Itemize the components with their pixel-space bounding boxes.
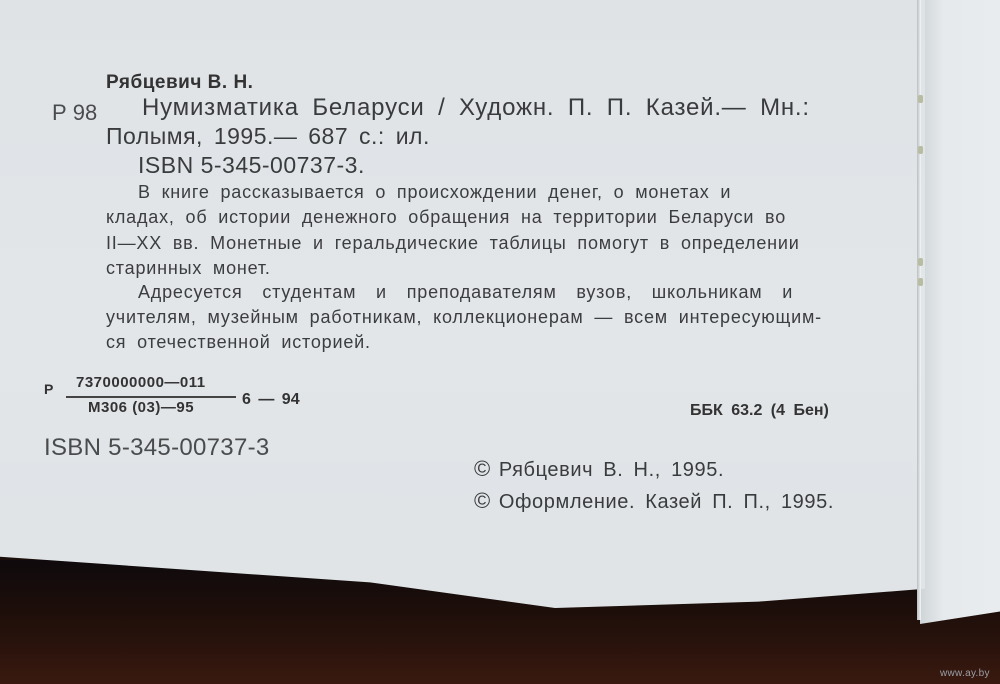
annotation-line: учителям, музейным работникам, коллекцио… <box>106 307 822 328</box>
catalog-isbn: ISBN 5-345-00737-3. <box>138 152 365 179</box>
bbk-code: ББК 63.2 (4 Бен) <box>690 402 829 420</box>
copyright-line: ©Рябцевич В. Н., 1995. <box>474 456 724 482</box>
binding-thread <box>918 278 923 286</box>
classification-code: Р 98 <box>52 100 97 126</box>
binding-thread <box>918 95 923 103</box>
author-heading: Рябцевич В. Н. <box>106 72 253 94</box>
facing-page <box>920 0 1000 624</box>
fraction-numerator: 7370000000—011 <box>76 374 206 391</box>
annotation-line: II—XX вв. Монетные и геральдические табл… <box>106 233 800 254</box>
fraction-denominator: М306 (03)—95 <box>88 399 194 416</box>
binding-thread <box>918 258 923 266</box>
copyright-text: Рябцевич В. Н., 1995. <box>499 459 724 481</box>
annotation-line: В книге рассказывается о происхождении д… <box>138 182 731 203</box>
book-gutter <box>917 0 921 620</box>
imprint-isbn: ISBN 5-345-00737-3 <box>44 434 270 462</box>
annotation-line: старинных монет. <box>106 258 271 279</box>
copyright-icon: © <box>474 488 491 513</box>
watermark: www.ay.by <box>940 668 990 679</box>
binding-thread <box>918 146 923 154</box>
book-title-line: Нумизматика Беларуси / Художн. П. П. Каз… <box>142 94 810 122</box>
publisher-line: Полымя, 1995.— 687 с.: ил. <box>106 123 430 150</box>
fraction-bar <box>66 396 236 398</box>
copyright-line: ©Оформление. Казей П. П., 1995. <box>474 488 834 514</box>
annotation-line: ся отечественной историей. <box>106 332 371 353</box>
copyright-text: Оформление. Казей П. П., 1995. <box>499 491 834 513</box>
imprint-prefix: Р <box>44 381 53 397</box>
fraction-suffix: 6 — 94 <box>242 391 300 409</box>
book-page: Рябцевич В. Н. Р 98 Нумизматика Беларуси… <box>0 0 925 640</box>
annotation-line: Адресуется студентам и преподавателям ву… <box>138 282 793 303</box>
annotation-line: кладах, об истории денежного обращения н… <box>106 207 786 228</box>
photo-scene: Рябцевич В. Н. Р 98 Нумизматика Беларуси… <box>0 0 1000 684</box>
copyright-icon: © <box>474 456 491 481</box>
